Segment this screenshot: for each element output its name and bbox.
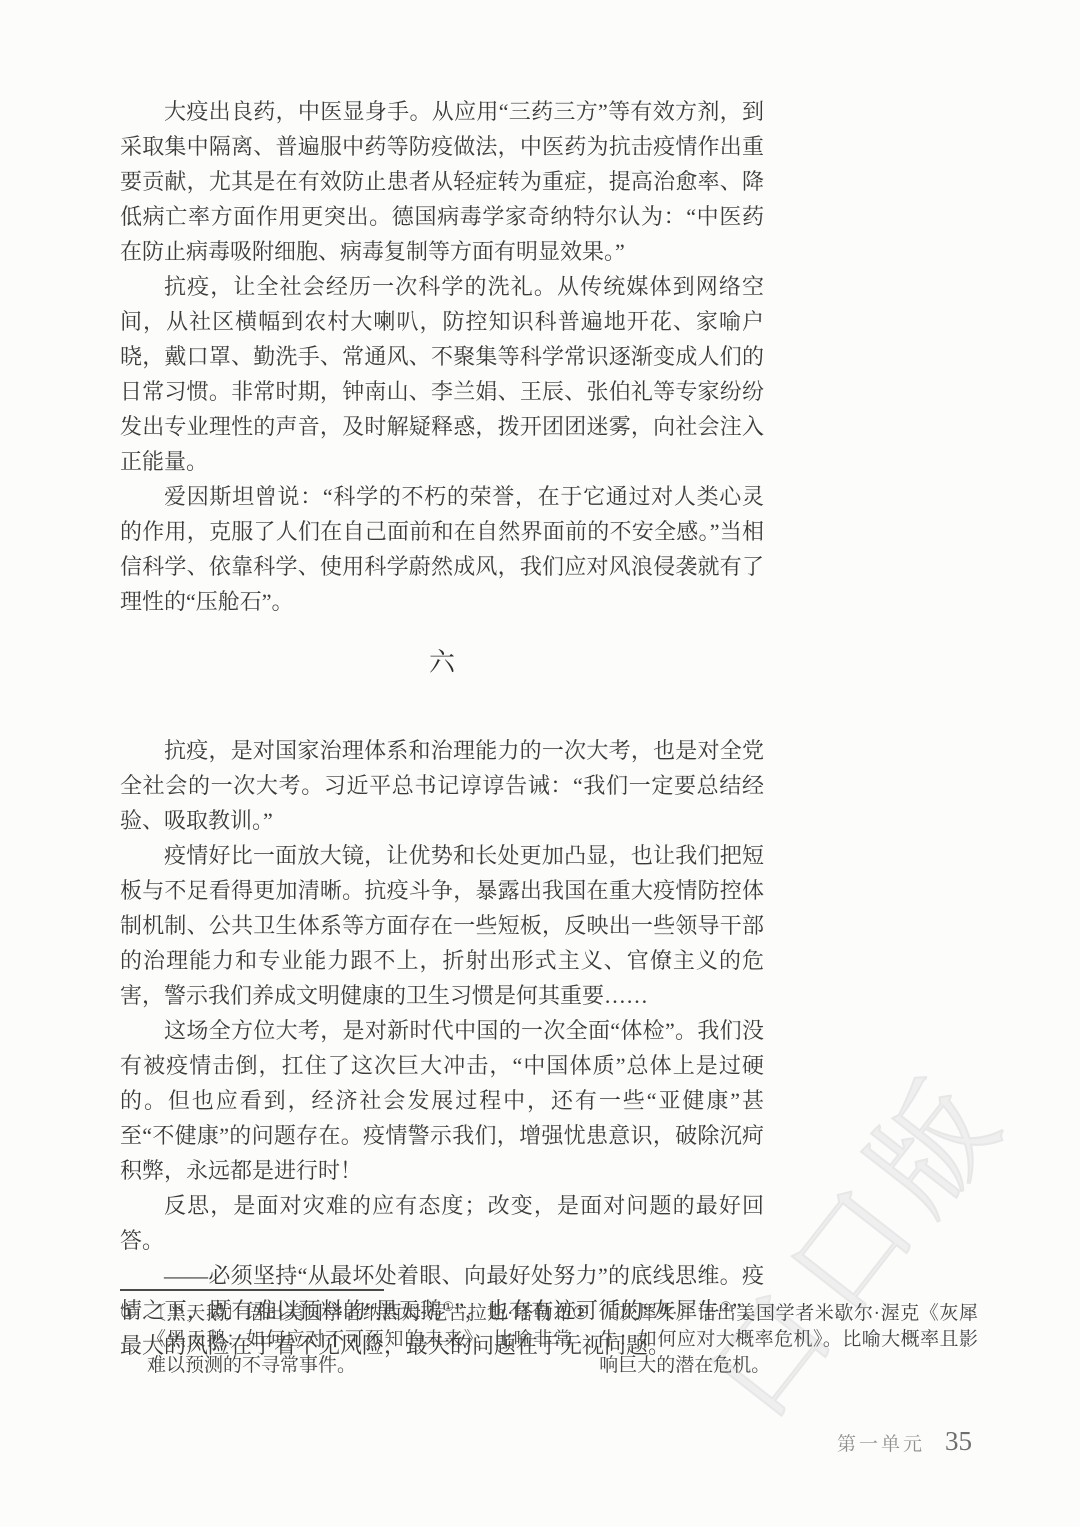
page-number: 35 — [945, 1426, 972, 1457]
footnote-text: 〔黑天鹅〕语出美国学者纳西姆·尼古拉斯·塔勒布《黑天鹅：如何应对不可预知的未来》… — [147, 1303, 572, 1376]
paragraph: 爱因斯坦曾说：“科学的不朽的荣誉，在于它通过对人类心灵的作用，克服了人们在自己面… — [120, 479, 764, 619]
paragraph: 这场全方位大考，是对新时代中国的一次全面“体检”。我们没有被疫情击倒，扛住了这次… — [120, 1013, 764, 1188]
unit-label: 第一单元 — [837, 1429, 925, 1456]
footnote-marker: ② — [572, 1301, 589, 1327]
page-footer: 第一单元 35 — [837, 1426, 972, 1457]
footnote-separator — [120, 1289, 384, 1291]
footnote-text: 〔灰犀牛〕语出美国学者米歇尔·渥克《灰犀牛：如何应对大概率危机》。比喻大概率且影… — [599, 1303, 978, 1376]
section-header: 六 — [120, 643, 764, 683]
footnotes: ① 〔黑天鹅〕语出美国学者纳西姆·尼古拉斯·塔勒布《黑天鹅：如何应对不可预知的未… — [120, 1301, 978, 1379]
paragraph: 疫情好比一面放大镜，让优势和长处更加凸显，也让我们把短板与不足看得更加清晰。抗疫… — [120, 838, 764, 1013]
footnote-marker: ① — [120, 1301, 137, 1327]
article-body: 大疫出良药，中医显身手。从应用“三药三方”等有效方剂，到采取集中隔离、普遍服中药… — [120, 94, 764, 1363]
paragraph: 大疫出良药，中医显身手。从应用“三药三方”等有效方剂，到采取集中隔离、普遍服中药… — [120, 94, 764, 269]
paragraph: 抗疫，是对国家治理体系和治理能力的一次大考，也是对全党全社会的一次大考。习近平总… — [120, 733, 764, 838]
page: 口口版 大疫出良药，中医显身手。从应用“三药三方”等有效方剂，到采取集中隔离、普… — [0, 0, 1080, 1527]
paragraph: 反思，是面对灾难的应有态度；改变，是面对问题的最好回答。 — [120, 1188, 764, 1258]
footnote-gray-rhino: ② 〔灰犀牛〕语出美国学者米歇尔·渥克《灰犀牛：如何应对大概率危机》。比喻大概率… — [572, 1301, 978, 1379]
footnote-black-swan: ① 〔黑天鹅〕语出美国学者纳西姆·尼古拉斯·塔勒布《黑天鹅：如何应对不可预知的未… — [120, 1301, 572, 1379]
paragraph: 抗疫，让全社会经历一次科学的洗礼。从传统媒体到网络空间，从社区横幅到农村大喇叭，… — [120, 269, 764, 479]
